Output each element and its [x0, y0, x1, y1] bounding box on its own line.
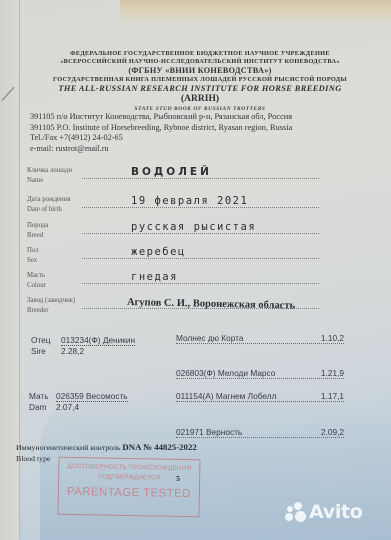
- field-label-en: Colour: [27, 282, 46, 289]
- field-colour: Масть Colour гнедая: [27, 272, 319, 292]
- avito-logo-icon: [285, 502, 307, 522]
- avito-wordmark: Avito: [309, 501, 363, 523]
- colour-value: гнедая: [131, 271, 178, 283]
- field-label-ru: Масть: [27, 272, 45, 279]
- field-breed: Порода Breed русская рысистая: [27, 222, 319, 242]
- field-label-ru: Кличка лошади: [27, 167, 72, 174]
- dotted-line: [176, 378, 344, 379]
- phone: Tel./Fax +7(4912) 24-02-65: [30, 133, 292, 144]
- grandparent-name: 026803(Ф) Мелоди Марсо: [176, 368, 275, 378]
- field-name: Кличка лошади Name ВОДОЛЕЙ: [27, 167, 319, 187]
- dotted-line: [176, 401, 344, 402]
- sex-value: жеребец: [131, 246, 186, 258]
- granddam-paternal: 026803(Ф) Мелоди Марсо 1.21,9: [176, 368, 344, 380]
- sire-label-ru: Отец: [31, 335, 51, 345]
- dam-label-ru: Мать: [29, 391, 49, 401]
- sire-record: 2.28,2: [61, 346, 84, 356]
- stamp-line-2: ПОДТВЕРЖДАЕТСЯ: [98, 473, 160, 481]
- grandparent-name: Молнес дю Корта: [176, 333, 244, 343]
- stamp-line-1: ДОСТОВЕРНОСТЬ ПРОИСХОЖДЕНИЯ: [59, 463, 199, 472]
- grandparent-record: 1.17,1: [321, 391, 344, 401]
- grandparent-record: 1.10,2: [321, 333, 344, 343]
- field-label-en: Breed: [27, 232, 43, 239]
- sire-name: 013234(Ф) Деникин: [61, 335, 135, 345]
- grandparent-name: 011154(А) Магнем Лобелл: [176, 391, 276, 401]
- stamp-line-3: PARENTAGE TESTED: [59, 486, 199, 500]
- grandsire-maternal: 011154(А) Магнем Лобелл 1.17,1: [176, 391, 344, 403]
- breeder-value: Агупов С. И., Воронежская область: [127, 297, 295, 312]
- address-ru: 391105 п/о Институт Коневодства, Рыбновс…: [30, 112, 292, 123]
- header-english-name: THE ALL-RUSSIAN RESEARCH INSTITUTE FOR H…: [20, 84, 380, 94]
- document-header: ФЕДЕРАЛЬНОЕ ГОСУДАРСТВЕННОЕ БЮДЖЕТНОЕ НА…: [20, 50, 380, 114]
- date-of-birth-value: 19 февраля 2021: [131, 195, 248, 207]
- dam-label-en: Dam: [29, 402, 47, 412]
- header-line-1: ФЕДЕРАЛЬНОЕ ГОСУДАРСТВЕННОЕ БЮДЖЕТНОЕ НА…: [20, 50, 380, 58]
- field-breeder: Завод (заводчик) Breeder Агупов С. И., В…: [27, 297, 319, 317]
- grandsire-paternal: Молнес дю Корта 1.10,2: [176, 333, 344, 345]
- dam-name: 026359 Весомость: [56, 391, 128, 401]
- stamp-line-2-wrap: ПОДТВЕРЖДАЕТСЯ 5: [59, 473, 199, 482]
- avito-watermark: Avito: [285, 501, 363, 523]
- field-label-ru: Дата рождения: [27, 196, 70, 203]
- granddam-maternal: 021971 Верность 2.09,2: [176, 427, 344, 439]
- header-line-2: «ВСЕРОССИЙСКИЙ НАУЧНО-ИССЛЕДОВАТЕЛЬСКИЙ …: [20, 58, 380, 66]
- dotted-line: [82, 258, 319, 259]
- grandparent-record: 2.09,2: [321, 427, 344, 437]
- horse-name-value: ВОДОЛЕЙ: [131, 166, 212, 178]
- field-date-of-birth: Дата рождения Date of birth 19 февраля 2…: [27, 196, 319, 216]
- grandparent-name: 021971 Верность: [176, 427, 242, 437]
- header-acronym: (ARRIH): [20, 94, 380, 105]
- header-line-3: (ФГБНУ «ВНИИ КОНЕВОДСТВА»): [20, 66, 380, 76]
- field-label-en: Breeder: [27, 307, 49, 314]
- sire-label-en: Sire: [31, 346, 46, 356]
- address-block: 391105 п/о Институт Коневодства, Рыбновс…: [30, 112, 292, 154]
- breed-value: русская рысистая: [131, 221, 256, 233]
- dotted-line: [176, 437, 344, 438]
- field-label-en: Sex: [27, 257, 37, 264]
- background-glow: [120, 0, 391, 24]
- email: e-mail: rustrot@mail.ru: [30, 144, 292, 155]
- address-en: 391105 P.O. Institute of Horsebreeding, …: [30, 123, 292, 134]
- dam-name-text: 026359 Весомость: [56, 391, 128, 402]
- field-label-en: Name: [27, 177, 43, 184]
- dotted-line: [82, 233, 319, 234]
- blood-type-label: Blood type: [16, 454, 50, 463]
- field-label-ru: Пол: [27, 247, 39, 254]
- grandparent-record: 1.21,9: [321, 368, 344, 378]
- field-label-ru: Завод (заводчик): [27, 297, 75, 304]
- immunogenetic-control: Иммуногенетический контроль DNA № 44825-…: [16, 442, 197, 452]
- field-sex: Пол Sex жеребец: [27, 247, 319, 267]
- dotted-line: [82, 207, 319, 208]
- dotted-line: [82, 178, 319, 179]
- header-line-4: ГОСУДАРСТВЕННАЯ КНИГА ПЛЕМЕННЫХ ЛОШАДЕЙ …: [20, 76, 380, 84]
- immuno-label: Иммуногенетический контроль: [16, 443, 120, 452]
- stamp-number: 5: [176, 474, 180, 483]
- field-label-en: Date of birth: [27, 206, 62, 213]
- field-label-ru: Порода: [27, 222, 48, 229]
- dna-number: DNA № 44825-2022: [122, 442, 196, 452]
- dam-record: 2.07,4: [56, 402, 79, 412]
- sire-name-text: 013234(Ф) Деникин: [61, 335, 135, 346]
- parentage-stamp: ДОСТОВЕРНОСТЬ ПРОИСХОЖДЕНИЯ ПОДТВЕРЖДАЕТ…: [58, 457, 201, 517]
- dotted-line: [176, 343, 344, 344]
- dotted-line: [82, 283, 319, 284]
